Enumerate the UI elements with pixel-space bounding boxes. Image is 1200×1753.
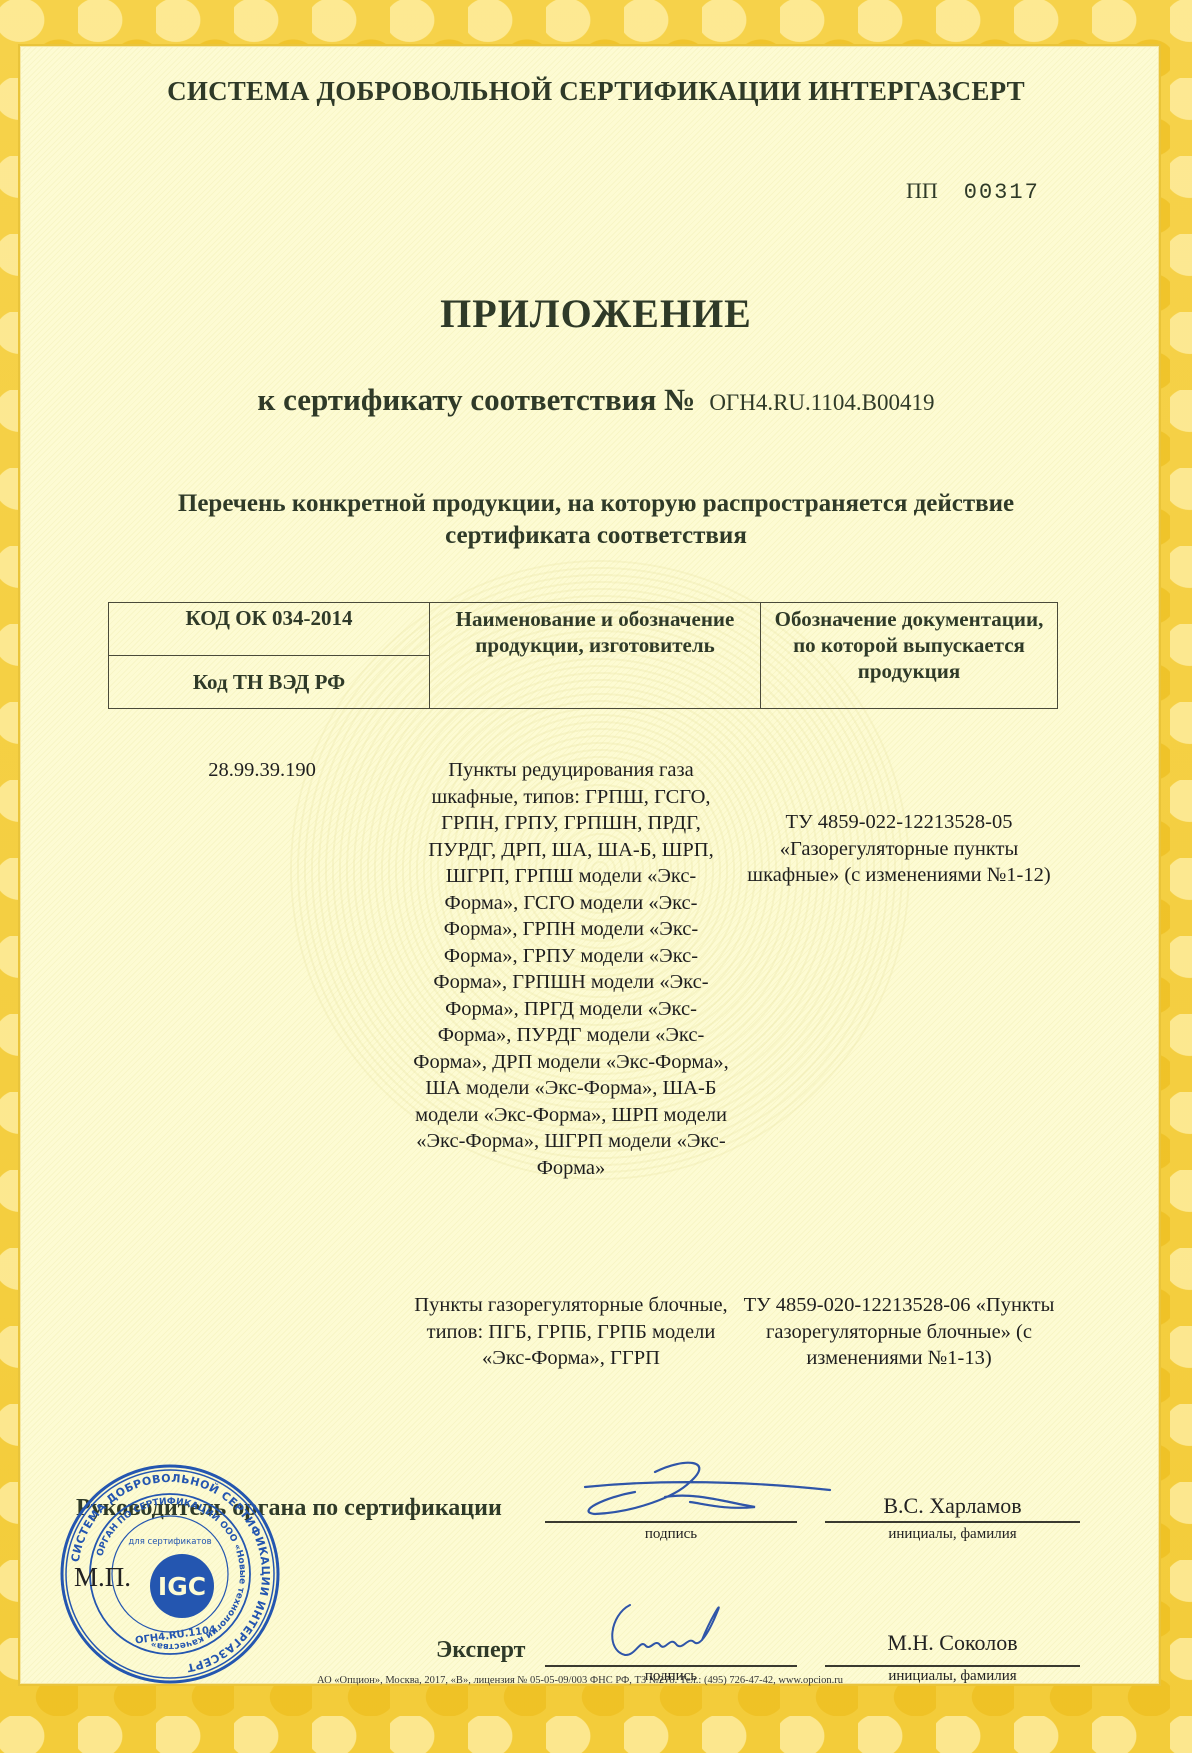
product-code: 28.99.39.190 xyxy=(108,757,416,784)
seal-placeholder: М.П. xyxy=(74,1562,131,1593)
head-name-caption: инициалы, фамилия xyxy=(825,1526,1080,1543)
head-name-line xyxy=(825,1521,1080,1523)
expert-signature xyxy=(600,1590,730,1665)
document-number: ПП00317 xyxy=(906,178,1040,205)
product-list-title: Перечень конкретной продукции, на котору… xyxy=(60,488,1132,552)
document-number-value: 00317 xyxy=(964,180,1040,205)
expert-name-line xyxy=(825,1665,1080,1667)
header-okpd-code: КОД ОК 034-2014 xyxy=(109,603,430,656)
printer-imprint: АО «Опцион», Москва, 2017, «В», лицензия… xyxy=(260,1675,900,1686)
head-signature xyxy=(575,1452,835,1522)
product-name-cabinet: Пункты редуцирования газа шкафные, типов… xyxy=(412,757,730,1181)
expert-signature-line xyxy=(545,1665,797,1667)
head-name: В.С. Харламов xyxy=(825,1493,1080,1519)
product-doc-block: ТУ 4859-020-12213528-06 «Пункты газорегу… xyxy=(740,1292,1058,1372)
header-product-name: Наименование и обозначение продукции, из… xyxy=(430,603,761,709)
product-name-block: Пункты газорегуляторные блочные, типов: … xyxy=(412,1292,730,1372)
expert-name: М.Н. Соколов xyxy=(825,1630,1080,1656)
product-list-title-line2: сертификата соответствия xyxy=(60,520,1132,552)
certificate-number: ОГН4.RU.1104.В00419 xyxy=(709,390,934,415)
stamp-center-top: для сертификатов xyxy=(128,1537,211,1547)
products-table-header: КОД ОК 034-2014 Наименование и обозначен… xyxy=(108,602,1058,709)
certificate-reference: к сертификату соответствия №ОГН4.RU.1104… xyxy=(0,382,1192,418)
page-title: ПРИЛОЖЕНИЕ xyxy=(0,290,1192,337)
header-documentation: Обозначение документации, по которой вып… xyxy=(761,603,1058,709)
system-title: СИСТЕМА ДОБРОВОЛЬНОЙ СЕРТИФИКАЦИИ ИНТЕРГ… xyxy=(0,76,1192,107)
document-number-prefix: ПП xyxy=(906,178,938,203)
certificate-page: СИСТЕМА ДОБРОВОЛЬНОЙ СЕРТИФИКАЦИИ ИНТЕРГ… xyxy=(0,0,1192,1753)
header-tn-ved-code: Код ТН ВЭД РФ xyxy=(109,656,430,709)
product-list-title-line1: Перечень конкретной продукции, на котору… xyxy=(60,488,1132,520)
expert-label: Эксперт xyxy=(436,1637,525,1664)
head-signature-caption: подпись xyxy=(545,1526,797,1543)
certificate-label: к сертификату соответствия № xyxy=(257,382,695,417)
igc-logo-text: IGC xyxy=(158,1572,206,1601)
product-doc-cabinet: ТУ 4859-022-12213528-05 «Газорегуляторны… xyxy=(740,809,1058,889)
